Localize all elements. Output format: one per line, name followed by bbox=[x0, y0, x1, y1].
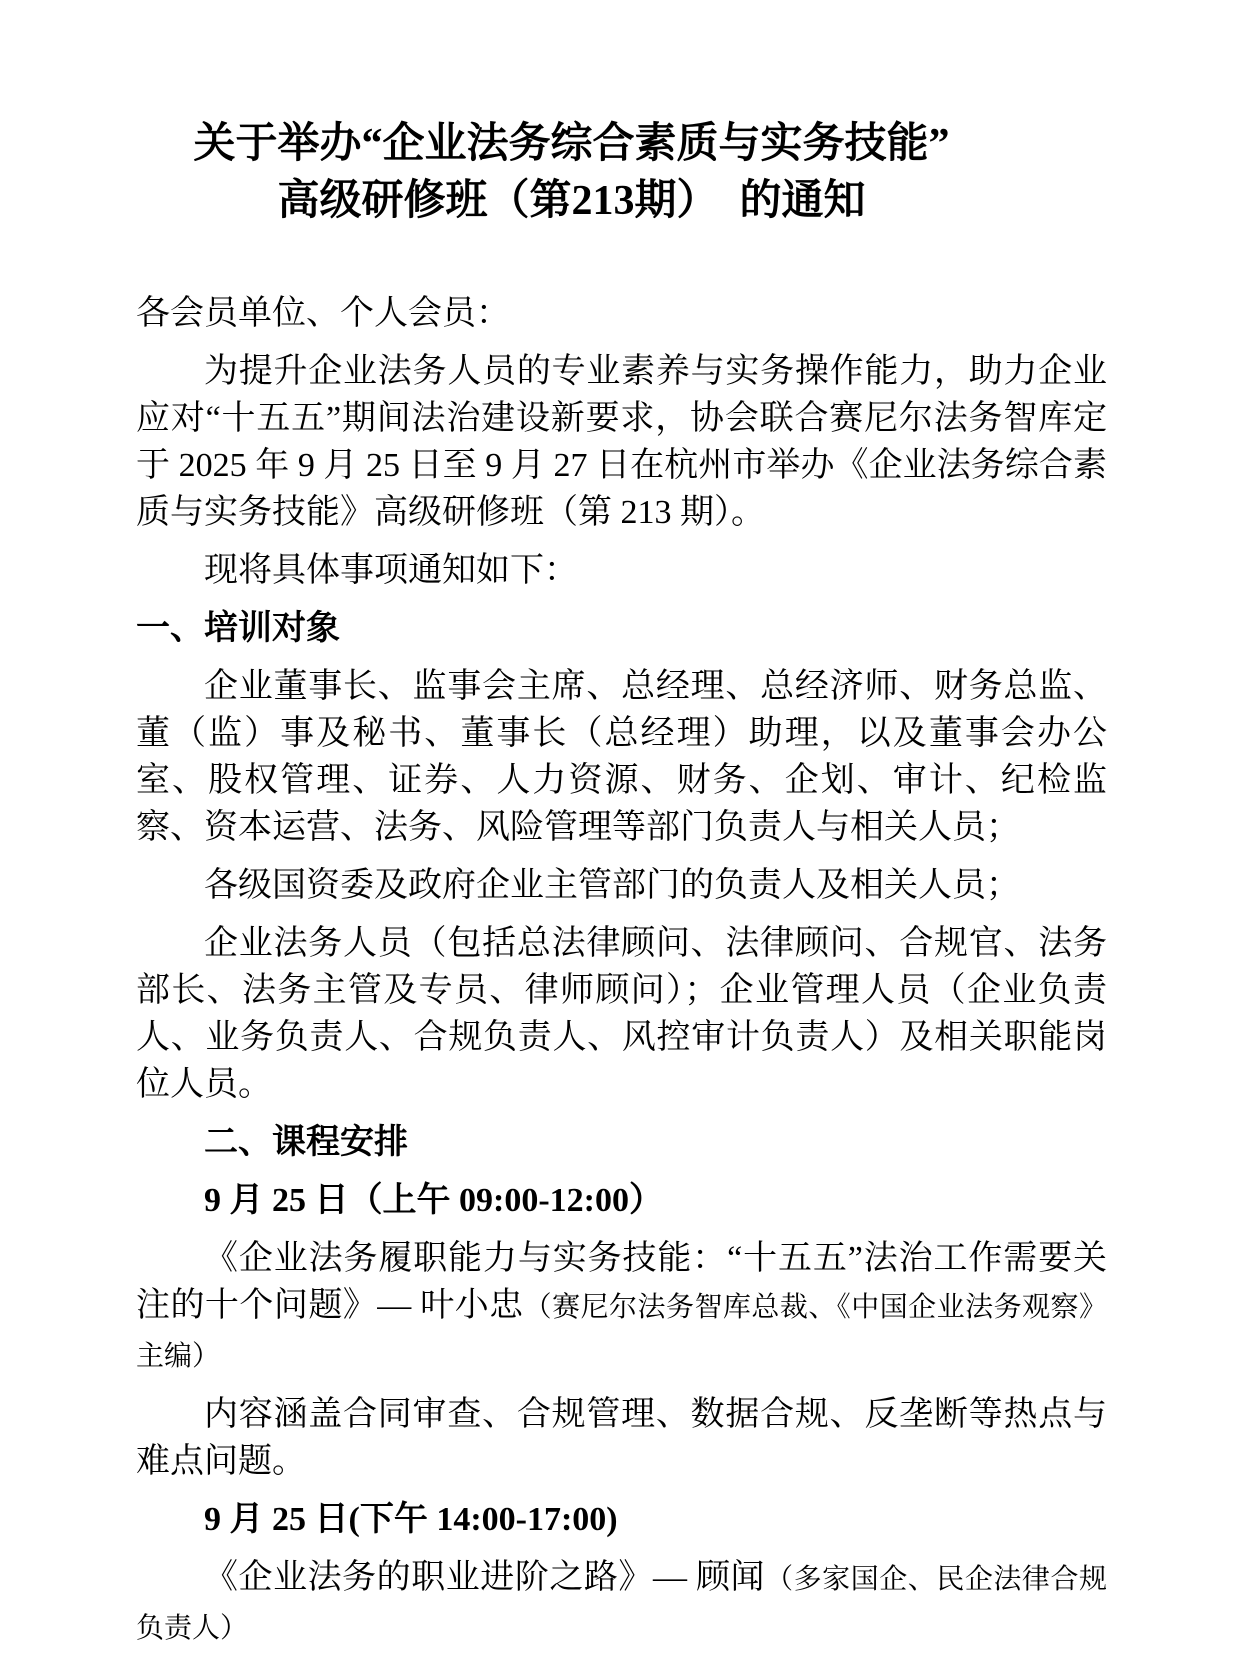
salutation: 各会员单位、个人会员： bbox=[136, 290, 1107, 337]
document-title-line-2: 高级研修班（第213期） 的通知 bbox=[136, 173, 1007, 230]
document-body: 各会员单位、个人会员：为提升企业法务人员的专业素养与实务操作能力，助力企业应对“… bbox=[136, 290, 1107, 1652]
session-date: 9 月 25 日(下午 14:00-17:00) bbox=[136, 1496, 1107, 1543]
paragraph: 各级国资委及政府企业主管部门的负责人及相关人员； bbox=[136, 862, 1107, 909]
notice-document-page: 关于举办“企业法务综合素质与实务技能” 高级研修班（第213期） 的通知 各会员… bbox=[0, 0, 1248, 1654]
course-line: 《企业法务履职能力与实务技能：“十五五”法治工作需要关注的十个问题》— 叶小忠（… bbox=[136, 1235, 1107, 1380]
section-heading-2: 二、课程安排 bbox=[136, 1119, 1107, 1166]
section-heading-1: 一、培训对象 bbox=[136, 605, 1107, 652]
paragraph: 企业法务人员（包括总法律顾问、法律顾问、合规官、法务部长、法务主管及专员、律师顾… bbox=[136, 920, 1107, 1108]
course-title-text: 《企业法务的职业进阶之路》— 顾闻 bbox=[204, 1559, 765, 1596]
paragraph: 为提升企业法务人员的专业素养与实务操作能力，助力企业应对“十五五”期间法治建设新… bbox=[136, 348, 1107, 536]
paragraph: 现将具体事项通知如下： bbox=[136, 547, 1107, 594]
paragraph: 内容涵盖合同审查、合规管理、数据合规、反垄断等热点与难点问题。 bbox=[136, 1391, 1107, 1485]
paragraph: 企业董事长、监事会主席、总经理、总经济师、财务总监、董（监）事及秘书、董事长（总… bbox=[136, 663, 1107, 851]
document-title-line-1: 关于举办“企业法务综合素质与实务技能” bbox=[136, 116, 1007, 173]
document-title: 关于举办“企业法务综合素质与实务技能” 高级研修班（第213期） 的通知 bbox=[136, 116, 1107, 230]
course-line: 《企业法务的职业进阶之路》— 顾闻（多家国企、民企法律合规负责人） bbox=[136, 1554, 1107, 1652]
session-date: 9 月 25 日（上午 09:00-12:00） bbox=[136, 1177, 1107, 1224]
